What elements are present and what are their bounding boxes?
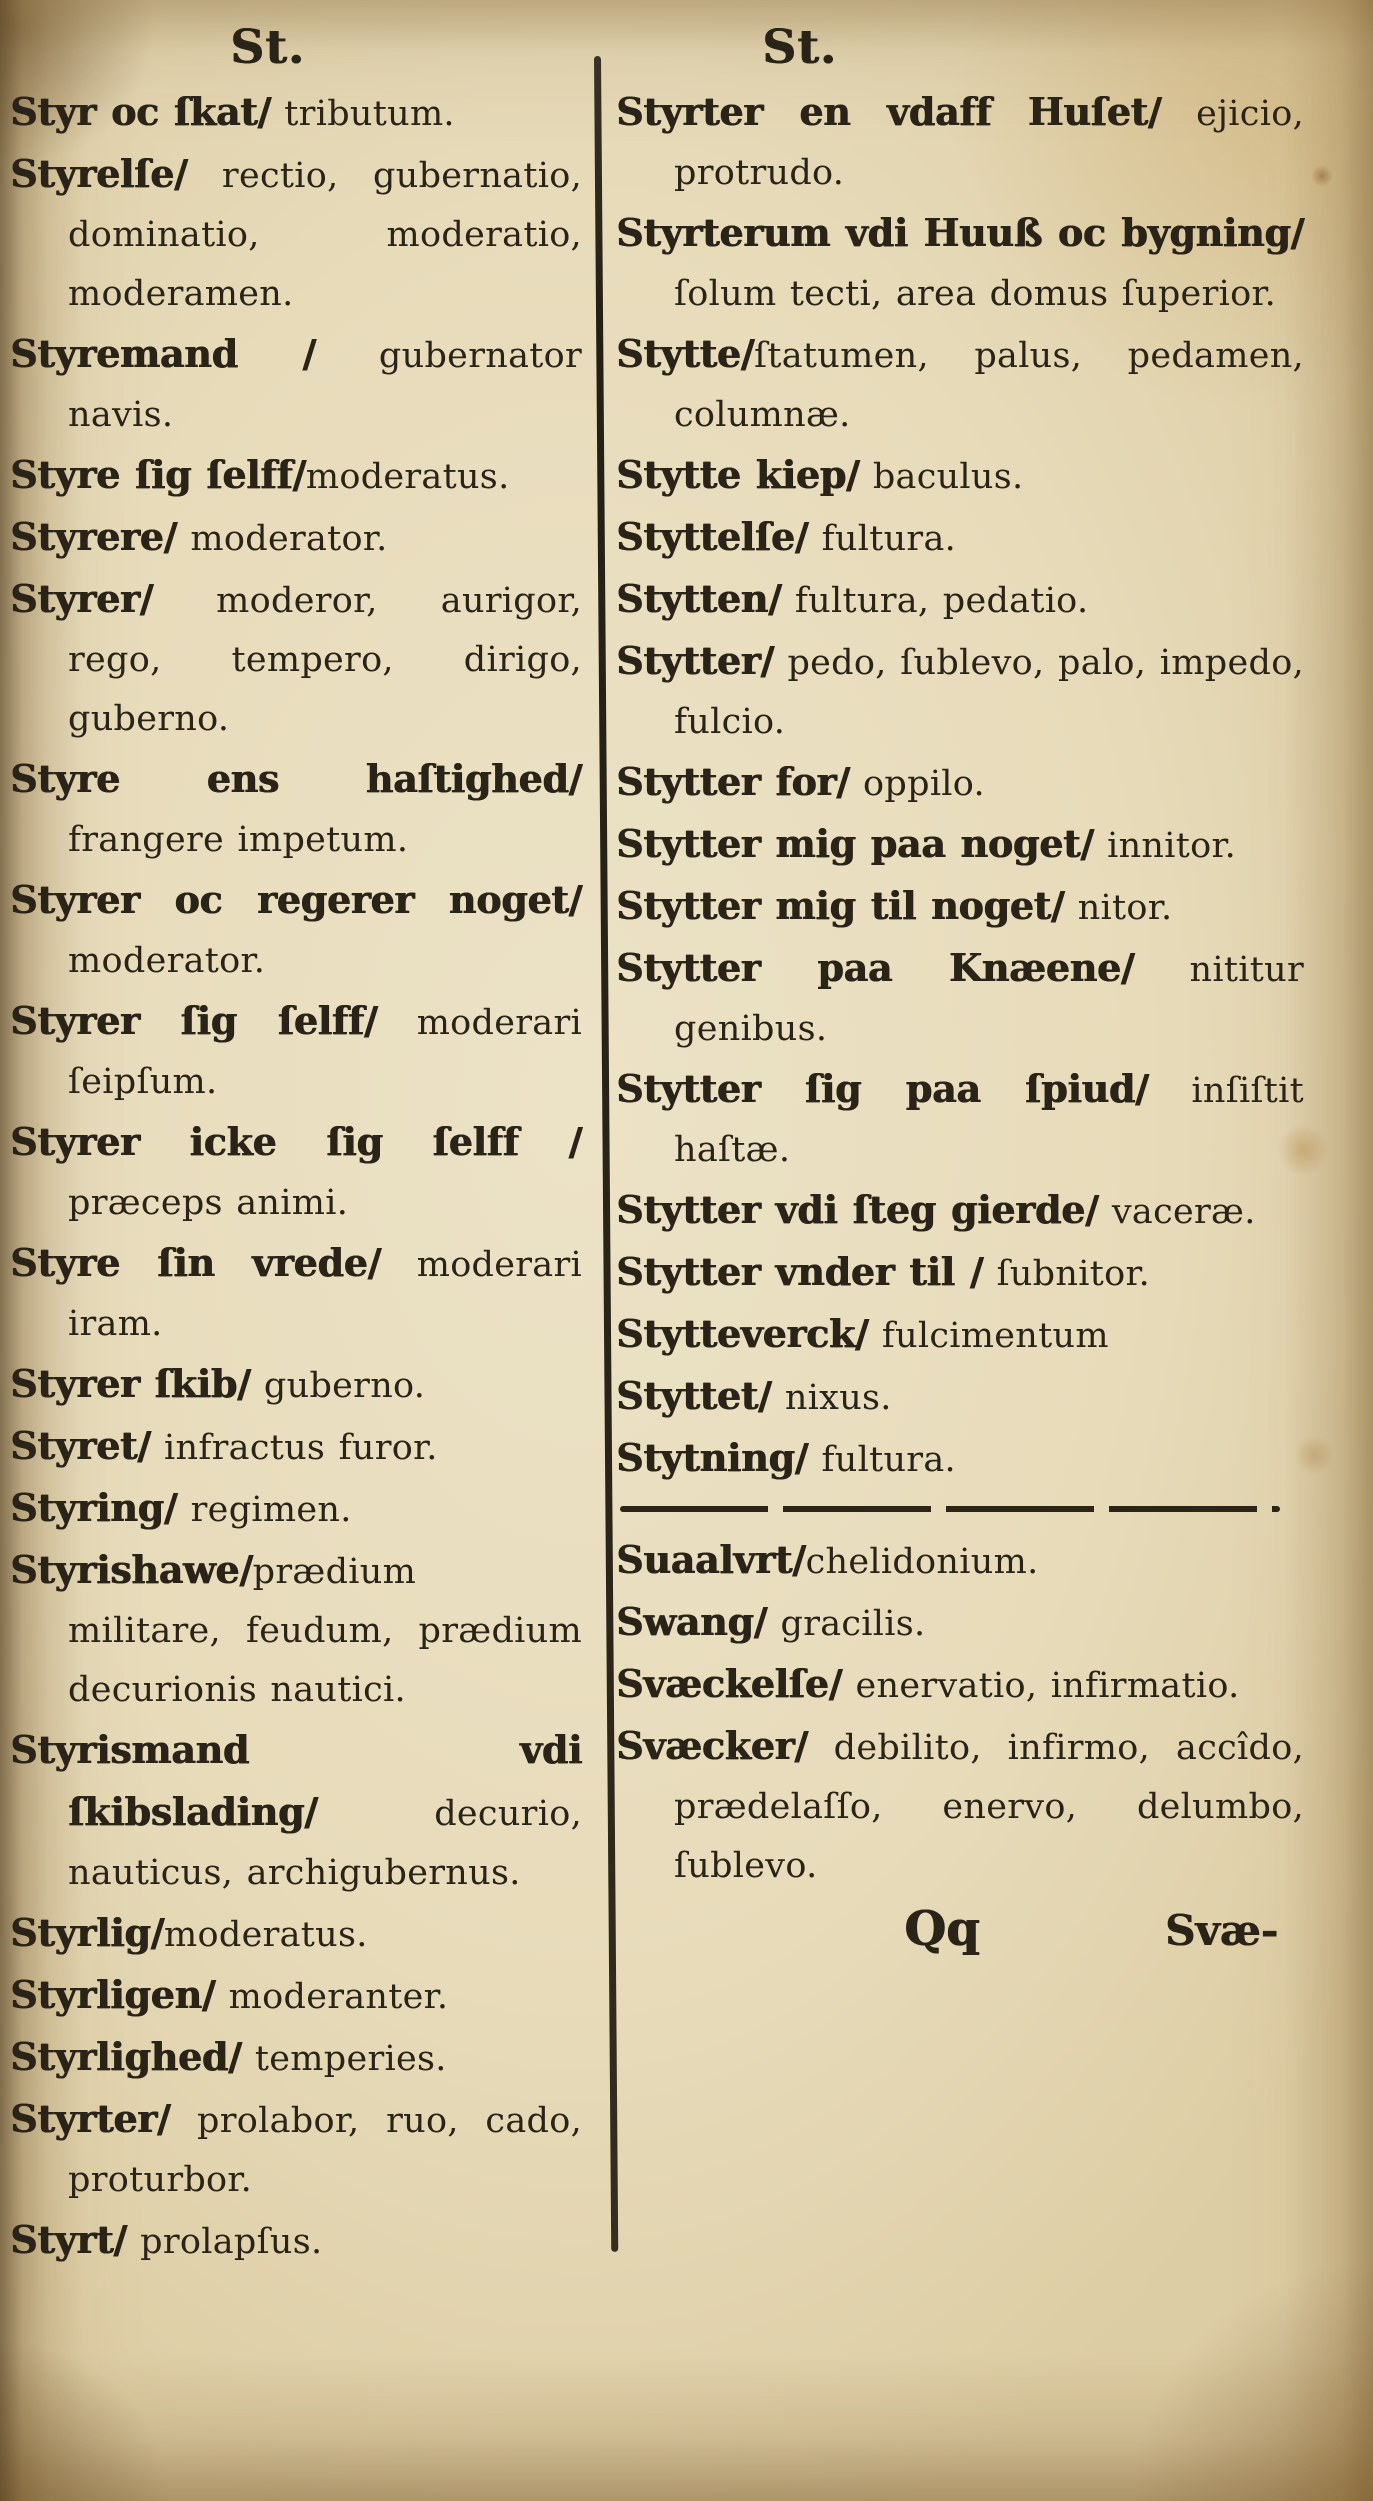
- headword: Swang/: [616, 1599, 767, 1644]
- dictionary-entry: Stytte/ſtatumen, palus, pedamen, columnæ…: [616, 324, 1304, 445]
- dictionary-entry: Styre ens haſtighed/ frangere impetum.: [10, 749, 582, 870]
- dictionary-entry: Stytter ſig paa ſpiud/ inſiſtit haſtæ.: [616, 1059, 1304, 1180]
- dictionary-entry: Stytter for/ oppilo.: [616, 752, 1304, 814]
- dictionary-entry: Svæcker/ debilito, infirmo, accîdo, præd…: [616, 1716, 1304, 1896]
- headword: Stytter/: [616, 638, 774, 683]
- translation: prolapſus.: [127, 2222, 323, 2262]
- dictionary-entry: Styttet/ nixus.: [616, 1366, 1304, 1428]
- dictionary-entry: Stytter mig paa noget/ innitor.: [616, 814, 1304, 876]
- translation: tributum.: [271, 94, 455, 134]
- headword: Stytter paa Knæene/: [616, 945, 1134, 990]
- headword: Stytter vdi ſteg gierde/: [616, 1187, 1098, 1232]
- dictionary-entry: Styr oc ſkat/ tributum.: [10, 82, 582, 144]
- translation: fulcimentum: [868, 1316, 1108, 1356]
- headword: Stytter ſig paa ſpiud/: [616, 1066, 1149, 1111]
- headword: Styrer icke ſig ſelff /: [10, 1119, 582, 1164]
- dictionary-entry: Svæckelſe/ enervatio, infirmatio.: [616, 1654, 1304, 1716]
- headword: Styrelſe/: [10, 151, 187, 196]
- headword: Stytten/: [616, 576, 781, 621]
- translation: ſtatumen, palus, pedamen, columnæ.: [674, 336, 1304, 435]
- headword: Suaalvrt/: [616, 1537, 806, 1582]
- running-head-right: St.: [762, 24, 837, 71]
- headword: Styrter/: [10, 2096, 170, 2141]
- translation: moderatus.: [164, 1915, 368, 1955]
- headword: Styrterum vdi Huuß oc bygning/: [616, 210, 1304, 255]
- dictionary-entry: Stytteverck/ fulcimentum: [616, 1304, 1304, 1366]
- dictionary-entry: Styrlighed/ temperies.: [10, 2027, 582, 2089]
- section-divider-rule: [620, 1506, 1280, 1512]
- translation: baculus.: [859, 457, 1023, 497]
- translation: regimen.: [177, 1490, 351, 1530]
- dictionary-entry: Styrishawe/prædium militare, feudum, præ…: [10, 1540, 582, 1720]
- dictionary-entry: Styrer oc regerer noget/ moderator.: [10, 870, 582, 991]
- headword: Styre ſin vrede/: [10, 1240, 381, 1285]
- dictionary-entry: Styre ſin vrede/ moderari iram.: [10, 1233, 582, 1354]
- headword: Styrere/: [10, 514, 177, 559]
- headword: Styrt/: [10, 2217, 127, 2262]
- translation: innitor.: [1094, 826, 1236, 866]
- headword: Stytte/: [616, 331, 754, 376]
- dictionary-entry: Styrterum vdi Huuß oc bygning/ ſolum tec…: [616, 203, 1304, 324]
- dictionary-entry: Styrere/ moderator.: [10, 507, 582, 569]
- translation: moderanter.: [215, 1977, 448, 2017]
- dictionary-entry: Styrer icke ſig ſelff / præceps animi.: [10, 1112, 582, 1233]
- book-page: St. St. Styr oc ſkat/ tributum.Styrelſe/…: [0, 0, 1373, 2501]
- dictionary-entry: Styrer ſig ſelff/ moderari ſeipſum.: [10, 991, 582, 1112]
- headword: Stytteverck/: [616, 1311, 868, 1356]
- dictionary-entry: Styrter en vdaff Huſet/ ejicio, protrudo…: [616, 82, 1304, 203]
- dictionary-entry: Styrter/ prolabor, ruo, cado, proturbor.: [10, 2089, 582, 2210]
- headword: Styre ens haſtighed/: [10, 756, 582, 801]
- headword: Stytter mig paa noget/: [616, 821, 1094, 866]
- translation: infractus furor.: [151, 1428, 438, 1468]
- headword: Stytning/: [616, 1435, 808, 1480]
- dictionary-entry: Stytning/ fultura.: [616, 1428, 1304, 1490]
- dictionary-entry: Stytter/ pedo, ſublevo, palo, impedo, fu…: [616, 631, 1304, 752]
- headword: Styrer ſkib/: [10, 1361, 250, 1406]
- headword: Svæckelſe/: [616, 1661, 842, 1706]
- translation: nixus.: [771, 1378, 891, 1418]
- headword: Styrlighed/: [10, 2034, 242, 2079]
- translation: moderator.: [68, 941, 265, 981]
- translation: chelidonium.: [806, 1542, 1039, 1582]
- headword: Styrer/: [10, 576, 153, 621]
- headword: Styrlig/: [10, 1910, 164, 1955]
- dictionary-entry: Styrligen/ moderanter.: [10, 1965, 582, 2027]
- dictionary-entry: Styrt/ prolapſus.: [10, 2210, 582, 2272]
- translation: præceps animi.: [68, 1183, 348, 1223]
- dictionary-entry: Styrer ſkib/ guberno.: [10, 1354, 582, 1416]
- right-column: Styrter en vdaff Huſet/ ejicio, protrudo…: [616, 82, 1304, 1960]
- headword: Stytter vnder til /: [616, 1249, 983, 1294]
- translation: temperies.: [242, 2039, 447, 2079]
- dictionary-entry: Suaalvrt/chelidonium.: [616, 1530, 1304, 1592]
- headword: Stytte kiep/: [616, 452, 859, 497]
- signature-row: Qq Svæ-: [616, 1900, 1304, 1960]
- translation: gracilis.: [767, 1604, 925, 1644]
- dictionary-entry: Stytter vdi ſteg gierde/ vaceræ.: [616, 1180, 1304, 1242]
- dictionary-entry: Styremand / gubernator navis.: [10, 324, 582, 445]
- headword: Styret/: [10, 1423, 151, 1468]
- dictionary-entry: Stytter vnder til / ſubnitor.: [616, 1242, 1304, 1304]
- headword: Stytter mig til noget/: [616, 883, 1064, 928]
- headword: Styremand /: [10, 331, 316, 376]
- translation: guberno.: [250, 1366, 425, 1406]
- dictionary-entry: Stytten/ fultura, pedatio.: [616, 569, 1304, 631]
- headword: Styrer oc regerer noget/: [10, 877, 582, 922]
- headword: Svæcker/: [616, 1723, 808, 1768]
- dictionary-entry: Stytter paa Knæene/ nititur genibus.: [616, 938, 1304, 1059]
- dictionary-entry: Styrlig/moderatus.: [10, 1903, 582, 1965]
- column-divider-rule: [594, 56, 618, 2252]
- translation: oppilo.: [850, 764, 985, 804]
- dictionary-entry: Styre ſig ſelff/moderatus.: [10, 445, 582, 507]
- translation: ſubnitor.: [983, 1254, 1150, 1294]
- dictionary-entry: Swang/ gracilis.: [616, 1592, 1304, 1654]
- dictionary-entry: Styrelſe/ rectio, gubernatio, dominatio,…: [10, 144, 582, 324]
- running-head-left: St.: [230, 24, 305, 71]
- left-column: Styr oc ſkat/ tributum.Styrelſe/ rectio,…: [10, 82, 582, 2272]
- headword: Styrligen/: [10, 1972, 215, 2017]
- translation: moderator.: [177, 519, 388, 559]
- translation: enervatio, infirmatio.: [842, 1666, 1239, 1706]
- translation: frangere impetum.: [68, 820, 408, 860]
- headword: Styrishawe/: [10, 1547, 253, 1592]
- headword: Styre ſig ſelff/: [10, 452, 306, 497]
- dictionary-entry: Styret/ infractus furor.: [10, 1416, 582, 1478]
- headword: Styrer ſig ſelff/: [10, 998, 377, 1043]
- translation: moderatus.: [306, 457, 510, 497]
- headword: Stytter for/: [616, 759, 850, 804]
- headword: Styr oc ſkat/: [10, 89, 271, 134]
- dictionary-entry: Styrismand vdi ſkibslading/ decurio, nau…: [10, 1720, 582, 1903]
- translation: fultura, pedatio.: [781, 581, 1088, 621]
- gathering-signature: Qq: [904, 1900, 979, 1959]
- headword: Styttet/: [616, 1373, 771, 1418]
- headword: Styttelſe/: [616, 514, 808, 559]
- catchword: Svæ-: [1165, 1901, 1278, 1960]
- translation: fultura.: [808, 1440, 956, 1480]
- translation: vaceræ.: [1098, 1192, 1255, 1232]
- dictionary-entry: Stytter mig til noget/ nitor.: [616, 876, 1304, 938]
- headword: Styring/: [10, 1485, 177, 1530]
- headword: Styrter en vdaff Huſet/: [616, 89, 1161, 134]
- translation: fultura.: [808, 519, 956, 559]
- dictionary-entry: Styttelſe/ fultura.: [616, 507, 1304, 569]
- translation: nitor.: [1064, 888, 1172, 928]
- dictionary-entry: Styrer/ moderor, aurigor, rego, tempero,…: [10, 569, 582, 749]
- translation: ſolum tecti, area domus ſuperior.: [674, 274, 1276, 314]
- dictionary-entry: Styring/ regimen.: [10, 1478, 582, 1540]
- dictionary-entry: Stytte kiep/ baculus.: [616, 445, 1304, 507]
